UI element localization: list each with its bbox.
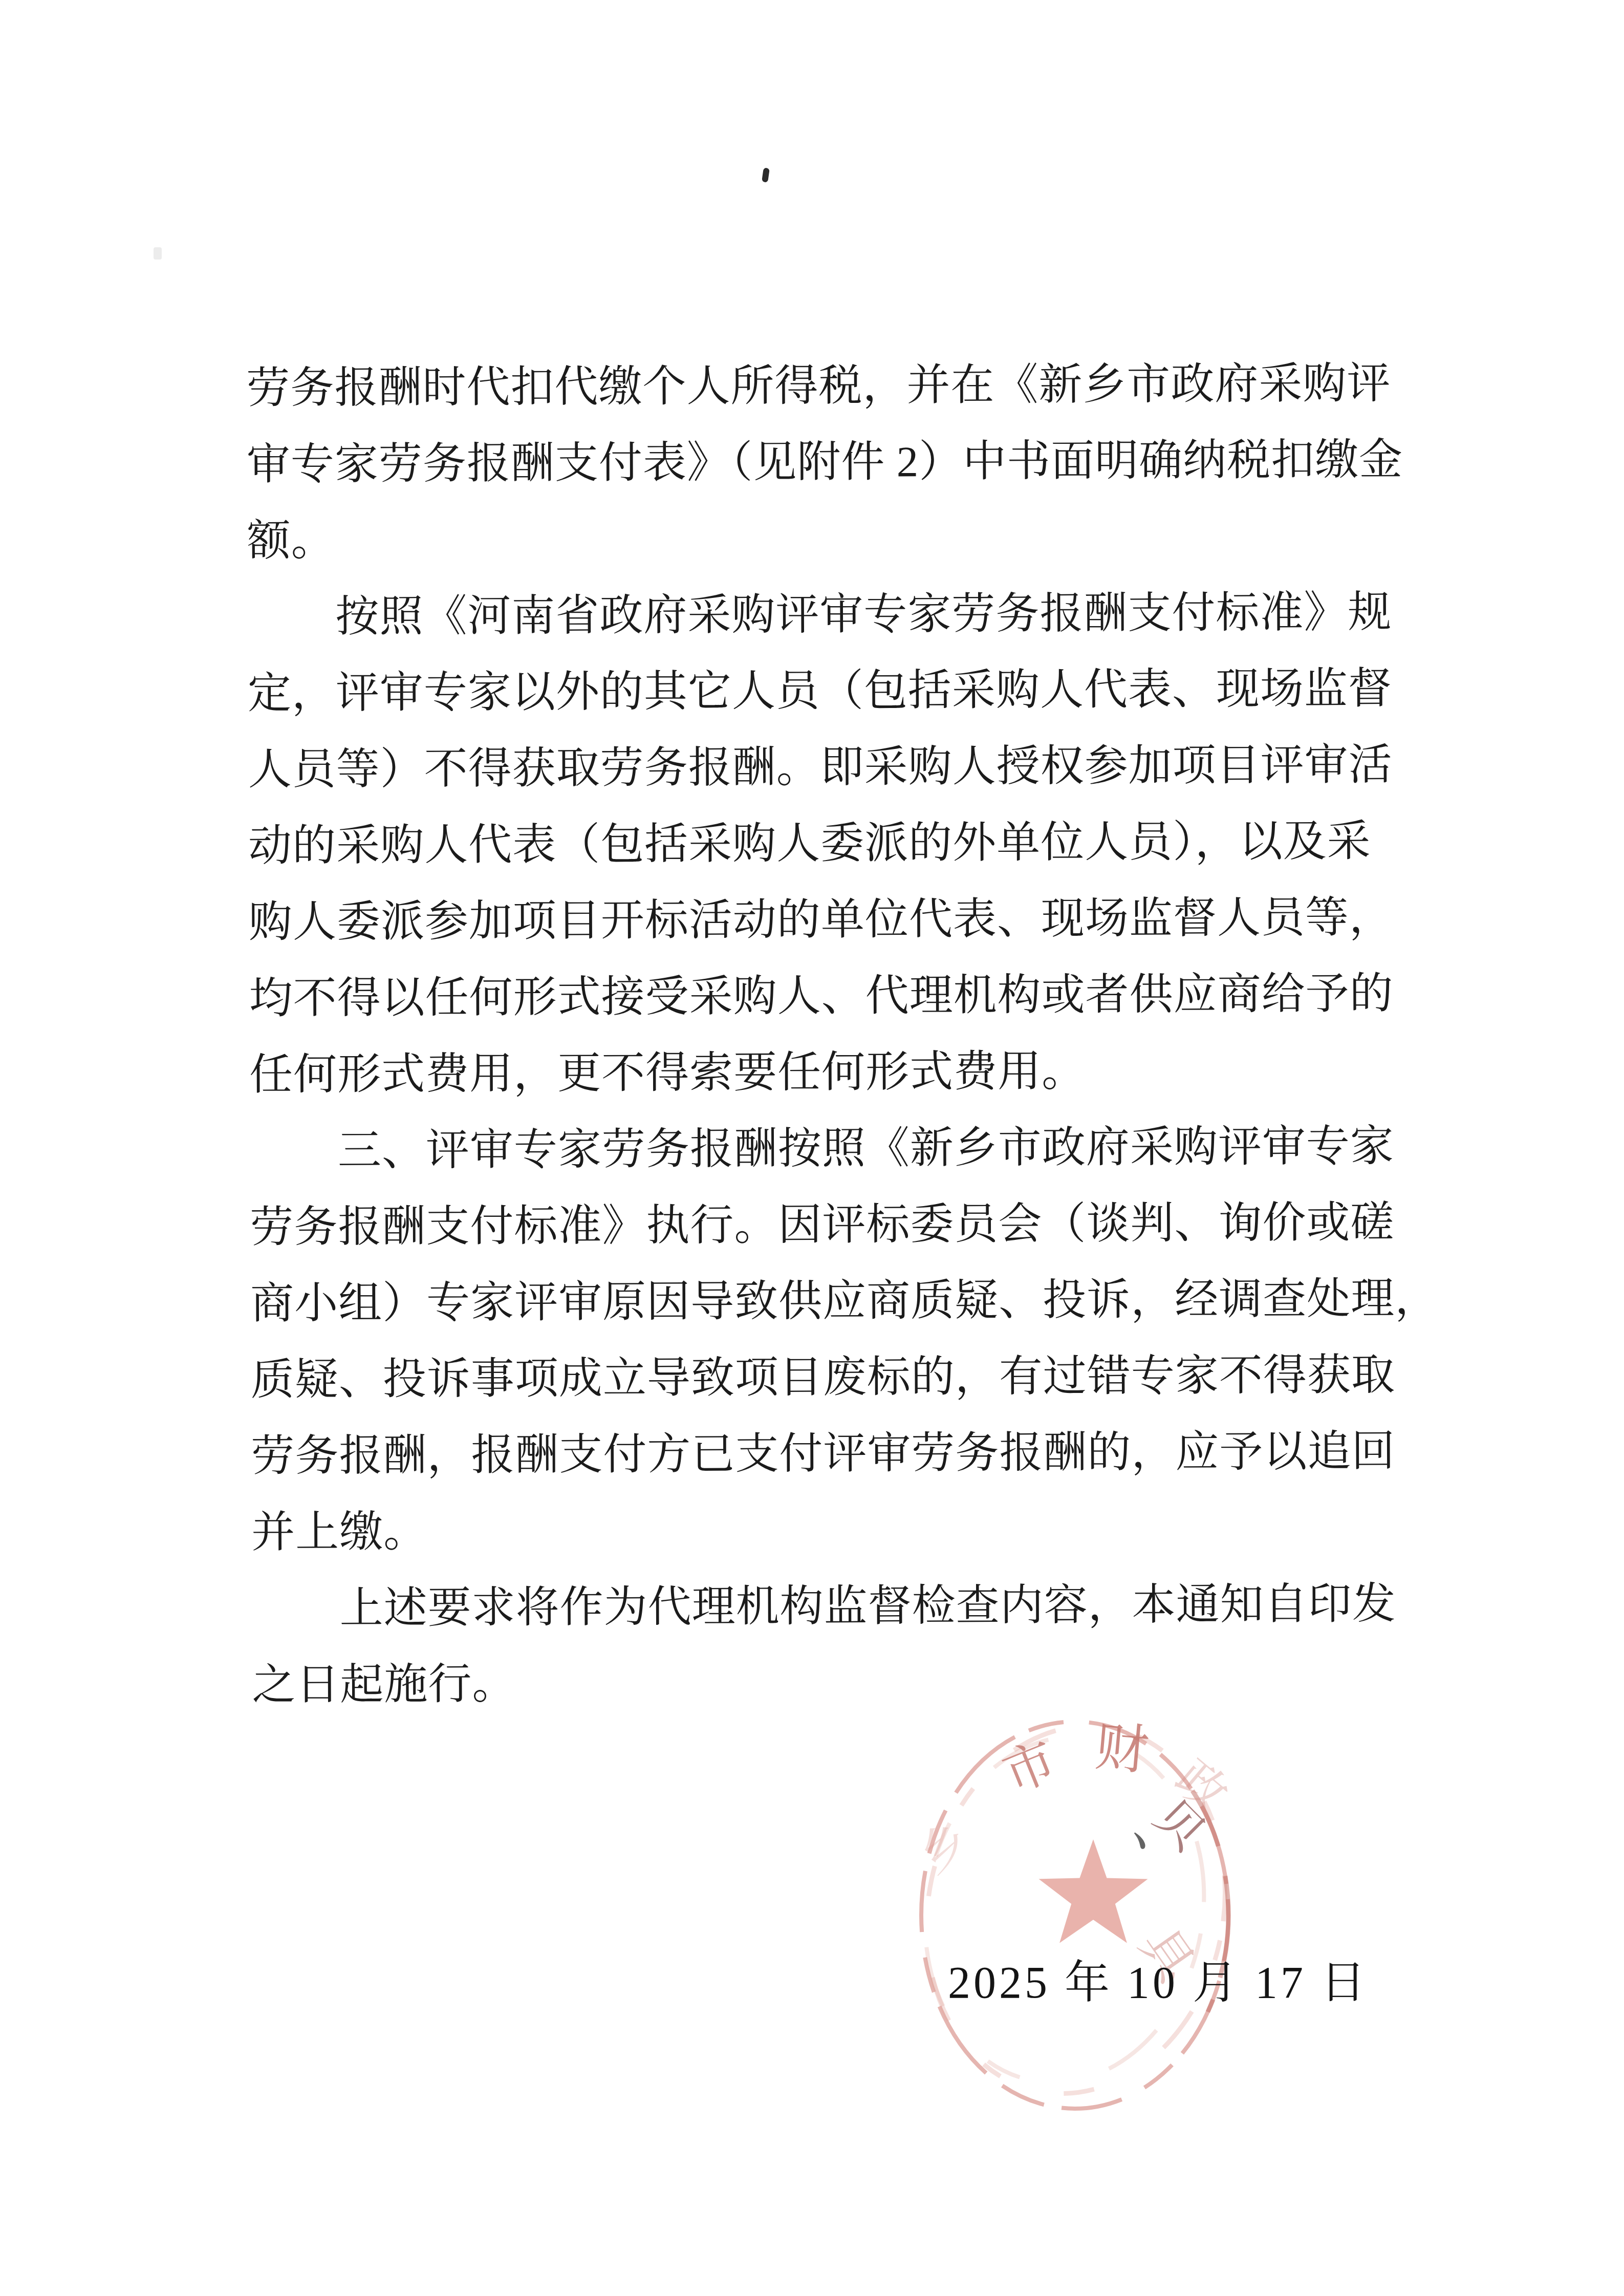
body-line: 按照《河南省政府采购评审专家劳务报酬支付标准》规 (247, 574, 1405, 656)
body-line: 额。 (247, 498, 1405, 580)
body-line: 劳务报酬支付标准》执行。因评标委员会（谈判、询价或磋 (250, 1185, 1408, 1266)
official-seal: 市 财 政 贝 具 乡 、 (865, 1694, 1290, 2140)
document-page: 劳务报酬时代扣代缴个人所得税，并在《新乡市政府采购评审专家劳务报酬支付表》（见附… (0, 0, 1624, 2296)
scan-artifact-faint-speck (154, 247, 162, 260)
issue-date: 2025 年 10 月 17 日 (948, 1946, 1369, 2011)
body-line: 任何形式费用，更不得索要任何形式费用。 (249, 1032, 1408, 1113)
ink-mark: 、 (1127, 1793, 1197, 1868)
body-line: 商小组）专家评审原因导致供应商质疑、投诉，经调查处理， (250, 1261, 1409, 1342)
body-line: 人员等）不得获取劳务报酬。即采购人授权参加项目评审活 (248, 727, 1406, 808)
body-line: 审专家劳务报酬支付表》（见附件 2）中书面明确纳税扣缴金 (247, 422, 1405, 503)
body-line: 均不得以任何形式接受采购人、代理机构或者供应商给予的 (249, 956, 1407, 1037)
body-line: 质疑、投诉事项成立导致项目废标的，有过错专家不得获取 (250, 1337, 1409, 1419)
body-line: 并上缴。 (251, 1490, 1410, 1571)
seal-char-xiang: 乡 (910, 1813, 978, 1883)
body-line: 上述要求将作为代理机构监督检查内容，本通知自印发 (251, 1566, 1410, 1647)
body-line: 定，评审专家以外的其它人员（包括采购人代表、现场监督 (248, 651, 1406, 732)
body-line: 劳务报酬，报酬支付方已支付评审劳务报酬的，应予以追回 (251, 1413, 1409, 1495)
body-line: 三、评审专家劳务报酬按照《新乡市政府采购评审专家 (250, 1108, 1408, 1190)
body-text: 劳务报酬时代扣代缴个人所得税，并在《新乡市政府采购评审专家劳务报酬支付表》（见附… (246, 346, 1410, 1724)
body-line: 劳务报酬时代扣代缴个人所得税，并在《新乡市政府采购评 (246, 346, 1404, 427)
seal-star (1039, 1839, 1148, 1943)
body-line: 动的采购人代表（包括采购人委派的外单位人员），以及采 (248, 803, 1406, 885)
scan-artifact-speck (762, 167, 770, 182)
document-body: 劳务报酬时代扣代缴个人所得税，并在《新乡市政府采购评审专家劳务报酬支付表》（见附… (246, 346, 1410, 1724)
body-line: 购人委派参加项目开标活动的单位代表、现场监督人员等， (249, 879, 1407, 961)
body-line: 之日起施行。 (252, 1642, 1410, 1724)
seal-char-cai: 财 (1093, 1718, 1151, 1781)
